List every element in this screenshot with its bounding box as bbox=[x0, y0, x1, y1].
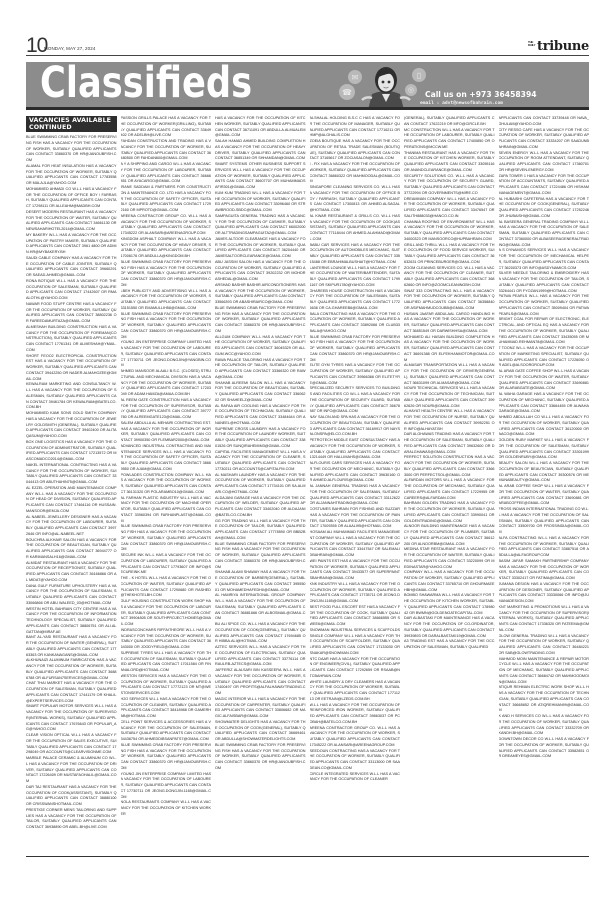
classified-ad: ALMESHAH BUILDING CONSTRUCTION has a vac… bbox=[26, 325, 117, 354]
classified-ad: SHOWMATER DELIGHTS has a vacancy for the… bbox=[215, 720, 306, 743]
classified-ad: BEAUTY SALON W.L.L has a vacancy for the… bbox=[499, 461, 590, 484]
classified-ad: BAHRAIN GOLDEN TRADING has a vacancy for… bbox=[404, 501, 495, 524]
column-3: has a vacancy for the occupation of KITC… bbox=[215, 116, 306, 854]
classified-ad: SHORT FEOO2 ELECTROPICAL CONSTRUCTION ES… bbox=[26, 354, 117, 383]
classified-ad: SHAHAB ALAMI SHAWAY has a vacancy for th… bbox=[215, 570, 306, 593]
classified-ad: AL ARAB GATE COFFEE SHOP W.L.L has a vac… bbox=[499, 369, 590, 392]
contact-email: email : advt@newsofbahrain.com bbox=[420, 101, 503, 106]
column-2: PASSION GRILLS PALACE has a vacancy for … bbox=[121, 116, 212, 854]
classified-ad: ALMIDAT RESTAURANT has a vacancy for the… bbox=[26, 561, 117, 584]
page-folio: 10 MONDAY, MAY 27, 2024 THE DAILYtribune bbox=[26, 36, 589, 56]
classified-ad: BLUE SWIMMING CRAB FACTORY FOR PRESERVIN… bbox=[215, 743, 306, 772]
classified-ad: CAPITAL FACILITIES MANAGEMENT W.L.L has … bbox=[215, 450, 306, 473]
classified-ad: COMPANY W.L.L has a vacancy for the occu… bbox=[404, 570, 495, 593]
classified-ad: ARSHAD BASHIR BASHIR AIRCONDITIONERS has… bbox=[215, 283, 306, 306]
classified-ad: BLUE SWIMMING CRAB FACTORY FOR PRESERVIN… bbox=[310, 335, 401, 364]
classified-ad: DESERT MODERN RESTAURANT has a vacancy f… bbox=[26, 210, 117, 233]
classified-ad: LANTERNS LOUNGE W.L.L has a vacancy for … bbox=[310, 266, 401, 289]
classified-ad: I - fix has a vacancy for the occupation… bbox=[310, 162, 401, 185]
classified-ad: DAR TAJ RESTAURANT has a vacancy for the… bbox=[26, 785, 117, 808]
classified-ad: SPECIALIZED SECURITY SERVICES TO BUILDIN… bbox=[310, 386, 401, 415]
classified-ad: FAHDAN CONSTRUCTION AND TRADING has a va… bbox=[121, 139, 212, 162]
classified-ad: W.L.L has a vacancy for the occupation o… bbox=[310, 703, 401, 726]
classified-ad: YOUNG JIN ENTERPRISE COMPANY LIMITED has… bbox=[121, 772, 212, 801]
classified-ad: CELL POINT SERVICES & ACCESSORIES has a … bbox=[121, 720, 212, 743]
classified-ad: Silver Needle Tailoring & Embroidery has… bbox=[499, 271, 590, 294]
classified-ad: KNK INDUSTRY W.L.L has a vacancy for the… bbox=[310, 582, 401, 605]
classified-ad: Bright coal for Repair of electronic, el… bbox=[499, 317, 590, 346]
classified-ad: AL MASHARI LAUNDRY has a vacancy for the… bbox=[215, 473, 306, 496]
classified-ad: DREAMMAN COMPANY W.L.L has a vacancy for… bbox=[404, 197, 495, 220]
classified-columns: VACANCIES AVAILABLE CONTINUED BLUE SWIMM… bbox=[26, 116, 589, 854]
classified-ad: Gulf Housing Construction Work Shop has … bbox=[121, 599, 212, 628]
classified-ad: BALA CONTRACTING has a vacancy for the o… bbox=[310, 312, 401, 335]
classified-ad: City Resso Cafe has a vacancy for the oc… bbox=[499, 128, 590, 151]
bottom-divider bbox=[26, 856, 589, 857]
classified-ad: MOHAMMED KAMI SONS GOLD SMITH COMPANY ha… bbox=[26, 411, 117, 440]
classified-ad: ALAMAL FOR HEAT INSULATION has a vacancy… bbox=[26, 164, 117, 187]
classified-ad: POWLADES CONSTRUCTION COMPANY W.L.L has … bbox=[121, 473, 212, 496]
classified-ad: NOURI TECHNICAL SERVICES W.L.L has a vac… bbox=[404, 386, 495, 409]
classified-ad: ALFARDAN MOTORS W.L.L has a vacancy for … bbox=[404, 478, 495, 501]
classified-ad: Ahmed Abdullah Co W.L.L has a vacancy fo… bbox=[499, 415, 590, 438]
classified-ad: NAKEL INTERNATIONAL CONTRACTING has a va… bbox=[26, 463, 117, 486]
classified-ad: DANA GULF FURNITURE UPHOLSTERY has a vac… bbox=[26, 584, 117, 607]
classified-ad: Channia Roofing of Environment W.L.L has… bbox=[404, 220, 495, 243]
classified-ad: GHAREEB HOUSE CONSTRUCTION has a vacancy… bbox=[310, 289, 401, 312]
classified-ad: ZAPA TOWER 1 has a vacancy for the occup… bbox=[499, 174, 590, 197]
classified-ad: KINGDOM ASPHALT COMPANY W.L.L has a vaca… bbox=[121, 237, 212, 260]
classified-ad: BLUE SWIMMING CRAB FACTORY FOR PRESERVIN… bbox=[215, 542, 306, 571]
banner-title: Classifieds bbox=[40, 62, 252, 108]
classified-ad: SUPREME TYRES W.L.L has a vacancy for th… bbox=[121, 651, 212, 674]
classified-ad: A Y A SHIPPING AND CARGO W.L.L has a vac… bbox=[121, 162, 212, 185]
classified-ad: ALSHALAL HOLDING B.S.C C has a vacancy f… bbox=[310, 116, 401, 139]
classified-ad: WHITE LAUNDRY & DRY CLEANERS has a vacan… bbox=[310, 680, 401, 703]
classified-ad: MOHAMED ALI HASAN BUILDING COMPLETION ha… bbox=[404, 335, 495, 364]
classified-ad: MOHAMMED AHMADI CO W.L.L has a vacancy f… bbox=[26, 187, 117, 210]
classified-ad: SMART POPULAR MOTOR SERVICES W.L.L has a… bbox=[26, 704, 117, 733]
classified-ad: AZTEC SERVICES W.L.L has a vacancy for t… bbox=[215, 645, 306, 668]
classified-ad: THE - K HOTEL W.L.L has a vacancy for th… bbox=[121, 576, 212, 599]
classified-ad: ALMASAR TRANSPORTATION W.L.L has a vacan… bbox=[404, 363, 495, 386]
classified-ad: SNOWMAN INDUSTRIAL SERVICES & SCAFFOLDS … bbox=[310, 628, 401, 657]
classified-ad: SAMPAGUITA GENERAL TRADING has a vacancy… bbox=[215, 214, 306, 237]
classified-ad: WEI PAINTS EST has a vacancy for the occ… bbox=[310, 559, 401, 582]
classified-ad: KNT MARKETING & PROMOTIONS W.L.L has a v… bbox=[499, 605, 590, 634]
classified-ad: applicants can contact 33739448 or NAVA_… bbox=[499, 116, 590, 128]
classified-ad: AL HUBAISHI CAFETERIA has a vacancy for … bbox=[499, 197, 590, 220]
classified-ad: COSTUMES BAHRAIN FOR FISHING AND SUZZAR … bbox=[310, 507, 401, 530]
classified-ad: PRESTIGE CORNER MENS TAILORING AND SUPPL… bbox=[26, 808, 117, 831]
classified-ad: CLEAR VISION OPTICAL W.L.L has a vacancy… bbox=[26, 733, 117, 756]
classified-ad: RONA BOTIQUE W.L.L has a vacancy for the… bbox=[26, 279, 117, 302]
classified-ad: WESTON SERVICES has a vacancy for the oc… bbox=[121, 674, 212, 697]
classified-ad: GOLDEN RUBY MARKET W.L.L has a vacancy f… bbox=[499, 438, 590, 461]
logo-small-text: THE DAILY bbox=[528, 41, 536, 47]
classified-ad: ZOOM CLEANING SERVICES CO. W.L.L has a v… bbox=[404, 266, 495, 289]
classified-ad: AREENA CONTRACTOR GROUP CO. W.L.L has a … bbox=[310, 726, 401, 749]
classified-ad: BLUE SWIMMING CRAB FACTORY FOR PRESERVIN… bbox=[121, 524, 212, 553]
classified-ad: Security Solutions Co. W.L.L has a vacan… bbox=[404, 174, 495, 197]
classified-ad: GRILL AND THRILL W.L.L has a vacancy for… bbox=[404, 243, 495, 266]
classified-ad: Seven Energy W.L.L has a vacancy for the… bbox=[499, 151, 590, 174]
classified-ad: SINAT 333 CONTRACTING W.L.L has a vacanc… bbox=[404, 289, 495, 312]
classified-ad: NAY SALON AND SPA has a vacancy for the … bbox=[310, 415, 401, 438]
classified-ad: NTC DAAR has a vacancy for the occupatio… bbox=[310, 657, 401, 680]
classified-ad: AL NABEEL JEWELLERY DESIGNER has a vacan… bbox=[26, 515, 117, 538]
classified-ad: BLUE SWIMMING CRAB FACTORY FOR PRESERVIN… bbox=[121, 312, 212, 341]
classified-ad: PETROTECH MIDDLE EAST CONSULTANCY has a … bbox=[310, 438, 401, 461]
classified-ad: AL REEM GATE CONSTRUCTION has a vacancy … bbox=[121, 398, 212, 421]
classified-ad: PERFECT SOLUTION CONSTRUCTION has a vaca… bbox=[404, 455, 495, 478]
classified-ad: MC CONSTRUCTION W.L.L has a vacancy for … bbox=[404, 128, 495, 151]
classified-ad: BEST FOOD FULL ESCORT EST has a vacancy … bbox=[310, 605, 401, 628]
classified-ad: MY BAKERY W.L.L has a vacancy for the oc… bbox=[26, 233, 117, 256]
classified-ad: JAMES ALTOOR Clearance has a vacancy for… bbox=[215, 237, 306, 260]
classified-ad: NOLA RESTAURANTS COMPANY W.L.L has a vac… bbox=[121, 800, 212, 817]
classified-ad: SINGAPORE CLEANING SERVICES CO. W.L.L ha… bbox=[310, 185, 401, 214]
column-1: VACANCIES AVAILABLE CONTINUED BLUE SWIMM… bbox=[26, 116, 117, 854]
classified-ad: MAHMOD MOIN MAINTENANCE & REPAIR MOTORCY… bbox=[499, 657, 590, 686]
classified-ad: DOWNTOWN DECOR CO W.L.L has a vacancy fo… bbox=[499, 737, 590, 760]
classified-ad: KUM KUM TRADING W.L.L has a vacancy for … bbox=[215, 191, 306, 214]
classified-ad: BOMBO SHAWARMA W.L.L has a vacancy for t… bbox=[404, 593, 495, 616]
classified-ad: JAFFERIZ ALALSARI BIN KASSEERA W.L.L has… bbox=[215, 668, 306, 697]
classified-ad: ABU JASSIM SALON has a vacancy for the o… bbox=[215, 260, 306, 283]
classified-ad: SMART SYSTEMS OTHER BUSINESS SUPPORT SER… bbox=[215, 162, 306, 191]
classified-ad: BASIM JAFAR SAMAKH PARTNERSHIP COMPANY h… bbox=[499, 559, 590, 582]
classified-ad: SAUDI CABLE COMPANY has a vacancy for th… bbox=[26, 256, 117, 279]
classified-ad: SALEM ABDULLA AL MEHAIRI CONTRACTING EST… bbox=[121, 421, 212, 444]
classified-ad: Irane saddam & partners for construction… bbox=[121, 185, 212, 214]
classified-ad: PASSION GRILLS PALACE has a vacancy for … bbox=[121, 116, 212, 139]
classified-ad: Glow General Trading W.L.L has a vacancy… bbox=[499, 634, 590, 657]
classified-ad: has a vacancy for the occupation of KITC… bbox=[215, 116, 306, 139]
classified-ad: AL ARAB COFFEE SHOP W.L.L has a vacancy … bbox=[499, 484, 590, 507]
classified-ad: AL BASEERA GENERAL TRADING COMPANY W.L.L… bbox=[499, 220, 590, 249]
classified-ad: ALFA CONTRACTING W.L.L has a vacancy for… bbox=[499, 536, 590, 559]
classified-ad: GG FOR TRADING W.L.L has a vacancy for t… bbox=[215, 519, 306, 542]
classified-ad: ELITE GYM TYRES has a vacancy for the oc… bbox=[310, 363, 401, 386]
classified-ad: AL EZZEL OPERATION AND MAINTENANCE COMPA… bbox=[26, 486, 117, 515]
classified-ad: ALHAYAT HEALTH CENTRE W.L.L has a vacanc… bbox=[404, 409, 495, 432]
column-5: (GENERAL), suitably qualified applicants… bbox=[404, 116, 495, 854]
column-4: ALSHALAL HOLDING B.S.C C has a vacancy f… bbox=[310, 116, 401, 854]
page-date: MONDAY, MAY 27, 2024 bbox=[44, 46, 95, 51]
classified-ad: ATIQUR REHMAN ELECTRIC WORK SHOP W.L.L h… bbox=[499, 685, 590, 714]
logo-text: tribune bbox=[537, 39, 589, 54]
classified-ad: K AND H SERVICES CO W.L.L has a vacancy … bbox=[499, 714, 590, 737]
classified-ad: AL KWAR RESTAURANT & GRILLS CO. W.L.L ha… bbox=[310, 214, 401, 243]
classifieds-banner: Classifieds ✉ ☎ ▯ ◎ Call us on +973 3645… bbox=[26, 62, 589, 110]
classified-ad: SHAHAB ALREEMI SALON W.L.L has a vacancy… bbox=[215, 381, 306, 404]
classified-ad: Magic Interior W.L.L has a vacancy for t… bbox=[215, 697, 306, 720]
classified-ad: Ahmed Mansoor Alaali B.S.C. (Closed) Str… bbox=[121, 369, 212, 398]
newspaper-page: 10 MONDAY, MAY 27, 2024 THE DAILYtribune… bbox=[26, 0, 589, 900]
classified-ad: ZOEIA BOUTIQUE has a vacancy for the occ… bbox=[310, 139, 401, 162]
classified-ad: Al Hamriya International Group Company W… bbox=[215, 593, 306, 622]
classified-ad: SALAH HAMAD AHMED BUILDING COMPLETION ha… bbox=[215, 139, 306, 162]
classified-ad: ALLGUM COMPANY W.L.L has a vacancy for t… bbox=[215, 335, 306, 358]
classified-ad: BLUE SWIMMING CRAB FACTORY FOR PRESERVIN… bbox=[121, 260, 212, 289]
classified-ad: Box One Logistics has a vacancy for the … bbox=[26, 440, 117, 463]
classified-ad: BANT AL-YASI RESTAURANT has a vacancy fo… bbox=[26, 635, 117, 658]
classified-ad: A S DYNAMICS SERVICES W.L.L has a vacanc… bbox=[499, 248, 590, 271]
classified-ad: HUSAIN JAAFAR ABDULAAL CARGO HANDLING ha… bbox=[404, 312, 495, 335]
classified-ad: FROSS INDIAN INTERNATIONAL TRADING CO W.… bbox=[499, 507, 590, 536]
classified-ad: ALKHUNAIZI ALUMINUM FABRICATION has a va… bbox=[26, 658, 117, 681]
classified-ad: CIRCLE INTEGRATED SERVICES W.L.L has a v… bbox=[310, 772, 401, 784]
contact-phone: Call us on +973 36458394 bbox=[425, 90, 537, 99]
classified-ad: BOUCHRA ALKHAIR SALON has a vacancy for … bbox=[26, 538, 117, 561]
classified-ad: HOSAAM ALI MUHAMMAD FACILITIES MANAGEMEN… bbox=[310, 530, 401, 559]
newspaper-logo: THE DAILYtribune bbox=[528, 39, 589, 54]
classified-ad: Al Rafaa Air Cooling has a vacancy for t… bbox=[215, 404, 306, 427]
classified-ad: BLUE SWIMMING CRAB FACTORY FOR PRESERVIN… bbox=[26, 135, 117, 164]
classified-ad: SUPREME CROSS LAUNDRY has a vacancy for … bbox=[215, 427, 306, 450]
section-heading: VACANCIES AVAILABLE CONTINUED bbox=[26, 116, 117, 132]
classified-ad: MEDINA STAR RESTAURANT has a vacancy for… bbox=[404, 547, 495, 570]
classified-ad: Rawa Palace Tailoring has a vacancy for … bbox=[215, 358, 306, 381]
classified-ad: AL WAHA GARAGE has a vacancy for the occ… bbox=[499, 392, 590, 415]
classified-ad: H2O SERVICES W.L.L has a vacancy for the… bbox=[121, 697, 212, 720]
classified-ad: AL JANNAH GENERAL TRADING has a vacancy … bbox=[310, 484, 401, 507]
classified-ad: ALFLOURIS CARS SERVICES has a vacancy fo… bbox=[310, 461, 401, 484]
classified-ad: Westin Hotel Bahrain City Centre has a v… bbox=[26, 607, 117, 636]
classified-ad: AL FARHAN PLASTIC INDUSTRY W.L.L has a v… bbox=[121, 496, 212, 525]
phone-icon: ☎ bbox=[339, 84, 355, 100]
assistant-illustration-icon bbox=[356, 64, 416, 110]
classified-ad: Seedoun Contracting has a vacancy for th… bbox=[310, 749, 401, 772]
classified-ad: ADVANCED INDUSTRIAL CONTRACTING AND MAIN… bbox=[121, 444, 212, 473]
classified-ad: CHAT THAI MARKET has a vacancy for the o… bbox=[26, 681, 117, 704]
classified-ad: PATWA PEARLS W.L.L has a vacancy for the… bbox=[499, 294, 590, 317]
classified-ad: KEWALRAM MARKETING AND CONSULTANCY W.L.L… bbox=[26, 382, 117, 411]
classified-ad: BABU CAR SERVICES has a vacancy for the … bbox=[310, 243, 401, 266]
classified-ad: BLUE SWIMMING CRAB FACTORY FOR PRESERVIN… bbox=[121, 743, 212, 772]
classified-ad: BU ALI SPICE CO. W.L.L has a vacancy for… bbox=[215, 622, 306, 645]
classified-ad: A3 TRADING EST has a vacancy for the occ… bbox=[404, 639, 495, 651]
classified-ad: (GENERAL), suitably qualified applicants… bbox=[404, 116, 495, 128]
classified-ad: BLUE SWIMMING CRAB FACTORY FOR PRESERVIN… bbox=[215, 306, 306, 335]
classified-ad: THANIMA RESTAURANT has a vacancy for the… bbox=[404, 151, 495, 174]
classified-ad: INDRASCONCHARS RIFFAITHEORE W.L.L has a … bbox=[121, 628, 212, 651]
classified-ad: JUMANA DESIGN has a vacancy for the occu… bbox=[499, 582, 590, 605]
classified-ad: ALNOOR BUILDING MAINTENANCE has a vacanc… bbox=[404, 524, 495, 547]
classified-ad: AREENA CONTRACTOR GROUP CO. W.L.L has a … bbox=[121, 214, 212, 237]
column-6: applicants can contact 33739448 or NAVA_… bbox=[499, 116, 590, 854]
classified-ad: YOUNG JIN ENTERPRISE COMPANY LIMITED has… bbox=[121, 340, 212, 369]
classified-ad: NAWAR FOOD STUFF CENTRE has a vacancy fo… bbox=[26, 302, 117, 325]
classified-ad: DAR ALGHAWAS TRADING has a vacancy for t… bbox=[404, 432, 495, 455]
classified-ad: MARBLE PALACE CERAMIC & ALUMINUM CO W.L.… bbox=[26, 756, 117, 785]
classified-ad: LBEH PUBLICITY AND ADVERTISING W.L.L has… bbox=[121, 289, 212, 312]
classified-ad: DAR ALBASTAKI FOR MAINTENANCE has a vaca… bbox=[404, 616, 495, 639]
classified-ad: Secure Ink W.L.L has a vacancy for the o… bbox=[121, 553, 212, 576]
classified-ad: ALDAJANI GARAGE has a vacancy for the oc… bbox=[215, 496, 306, 519]
classified-ad: 7 TOONZ W.L.L has a vacancy for the occu… bbox=[499, 346, 590, 369]
